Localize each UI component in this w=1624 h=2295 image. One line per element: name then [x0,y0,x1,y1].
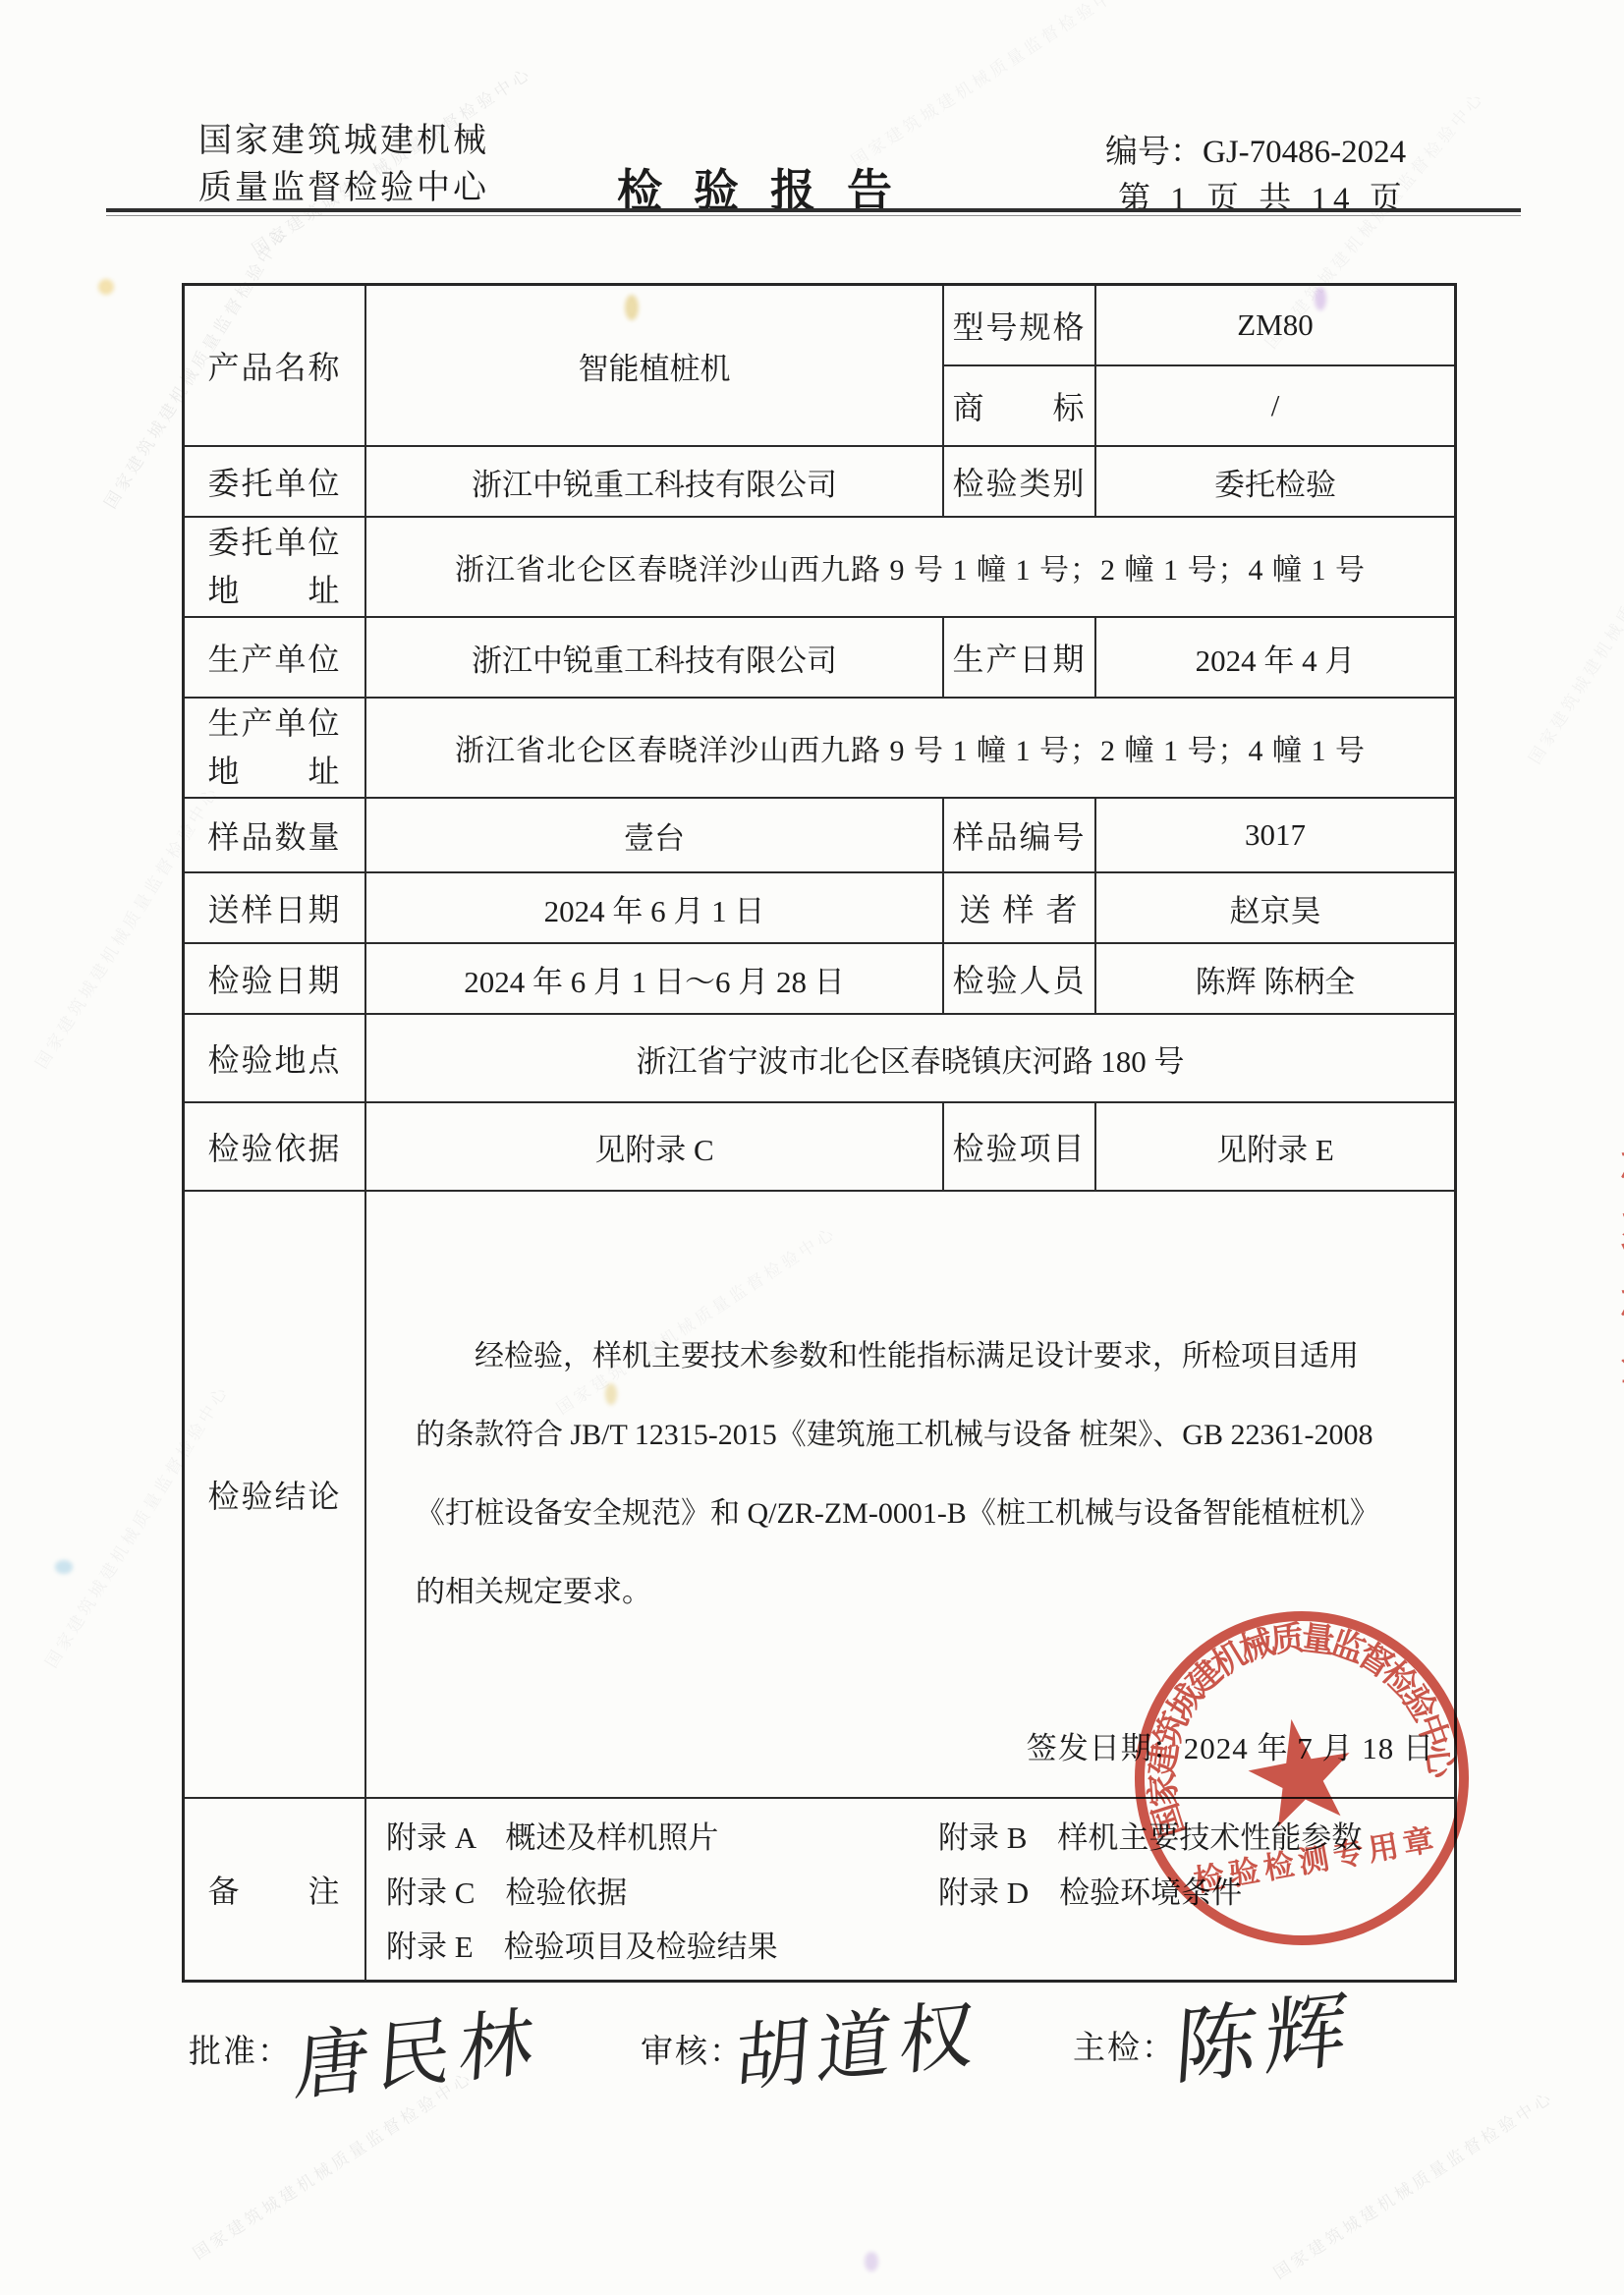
inspection-type-value: 委托检验 [1096,447,1454,518]
client-address-label-line1: 委托单位 [207,526,341,560]
scan-artifact [55,1560,73,1574]
conclusion-label: 检验结论 [185,1192,366,1799]
product-name-label: 产品名称 [185,286,366,447]
seal-banner-text: 检验检测专用章 [1192,1821,1441,1898]
watermark-text: 国家建筑城建机械质量监督检验中心 [1521,475,1624,767]
conclusion-text: 经检验，样机主要技术参数和性能指标满足设计要求，所检项目适用 的条款符合 JB/… [416,1317,1438,1632]
edge-stamp-fragment: 检验检测 [1578,1140,1624,1415]
items-value: 见附录 E [1096,1103,1454,1192]
client-address-value: 浙江省北仑区春晓洋沙山西九路 9 号 1 幢 1 号；2 幢 1 号；4 幢 1… [366,518,1454,618]
model-value: ZM80 [1096,286,1454,366]
product-name-value: 智能植桩机 [366,286,944,447]
production-date-label: 生产日期 [944,618,1096,699]
org-name-block: 国家建筑城建机械 质量监督检验中心 [198,118,489,212]
watermark-text: 国家建筑城建机械质量监督检验中心 [845,0,1135,171]
model-label: 型号规格 [944,286,1096,366]
client-value: 浙江中锐重工科技有限公司 [366,447,944,518]
inspection-date-label: 检验日期 [185,944,366,1015]
production-date-value: 2024 年 4 月 [1096,618,1454,699]
delivery-date-label: 送样日期 [185,873,366,944]
org-name-line2: 质量监督检验中心 [198,165,489,212]
manufacturer-label: 生产单位 [185,618,366,699]
manufacturer-value: 浙江中锐重工科技有限公司 [366,618,944,699]
basis-label: 检验依据 [185,1103,366,1192]
review-signature: 胡道权 [732,1973,985,2107]
edge-stamp-text: 检验检测 [1603,1140,1624,1415]
inspectors-label: 检验人员 [944,944,1096,1015]
conclusion-line: 经检验，样机主要技术参数和性能指标满足设计要求，所检项目适用 [416,1317,1438,1396]
client-address-label-line2: 地 址 [207,574,341,608]
appendix-item: 附录 C 检验依据 [386,1868,938,1912]
manufacturer-address-label: 生产单位 地 址 [185,699,366,799]
inspection-report-page: 国家建筑城建机械质量监督检验中心 国家建筑城建机械质量监督检验中心 国家建筑城建… [0,0,1624,2295]
sample-qty-value: 壹台 [366,799,944,873]
org-name-line1: 国家建筑城建机械 [198,118,489,165]
trademark-label: 商 标 [944,366,1096,447]
remark-label: 备 注 [185,1799,366,1980]
location-value: 浙江省宁波市北仑区春晓镇庆河路 180 号 [366,1015,1454,1103]
client-address-label: 委托单位 地 址 [185,518,366,618]
inspection-type-label: 检验类别 [944,447,1096,518]
manufacturer-address-label-line1: 生产单位 [207,706,341,741]
chief-label: 主检： [1073,2022,1176,2068]
sender-label: 送 样 者 [944,873,1096,944]
official-seal-stamp: 国家建筑城建机械质量监督检验中心 检验检测专用章 [1100,1577,1503,1980]
manufacturer-address-label-line2: 地 址 [207,755,341,789]
sender-value: 赵京昊 [1096,873,1454,944]
chief-signature: 陈辉 [1171,1963,1360,2102]
approve-label: 批准： [189,2026,292,2072]
sample-no-value: 3017 [1096,799,1454,873]
trademark-value: / [1096,366,1454,447]
watermark-text: 国家建筑城建机械质量监督检验中心 [1267,2084,1557,2284]
scan-artifact [98,279,114,295]
inspectors-value: 陈辉 陈柄全 [1096,944,1454,1015]
seal-star [1241,1710,1360,1830]
header-divider [106,208,1521,216]
report-number: 编号：GJ-70486-2024 [1105,126,1406,172]
manufacturer-address-value: 浙江省北仑区春晓洋沙山西九路 9 号 1 幢 1 号；2 幢 1 号；4 幢 1… [366,699,1454,799]
conclusion-line: 的条款符合 JB/T 12315-2015《建筑施工机械与设备 桩架》、GB 2… [416,1396,1438,1475]
client-label: 委托单位 [185,447,366,518]
basis-value: 见附录 C [366,1103,944,1192]
appendix-item: 附录 A 概述及样机照片 [386,1813,938,1857]
items-label: 检验项目 [944,1103,1096,1192]
delivery-date-value: 2024 年 6 月 1 日 [366,873,944,944]
conclusion-line: 《打桩设备安全规范》和 Q/ZR-ZM-0001-B《桩工机械与设备智能植桩机》 [416,1475,1438,1553]
appendix-item: 附录 E 检验项目及检验结果 [386,1922,938,1966]
inspection-date-value: 2024 年 6 月 1 日～6 月 28 日 [366,944,944,1015]
approve-signature: 唐民林 [292,1981,545,2115]
scan-artifact [865,2252,878,2271]
sample-no-label: 样品编号 [944,799,1096,873]
location-label: 检验地点 [185,1015,366,1103]
review-label: 审核： [641,2026,744,2072]
sample-qty-label: 样品数量 [185,799,366,873]
